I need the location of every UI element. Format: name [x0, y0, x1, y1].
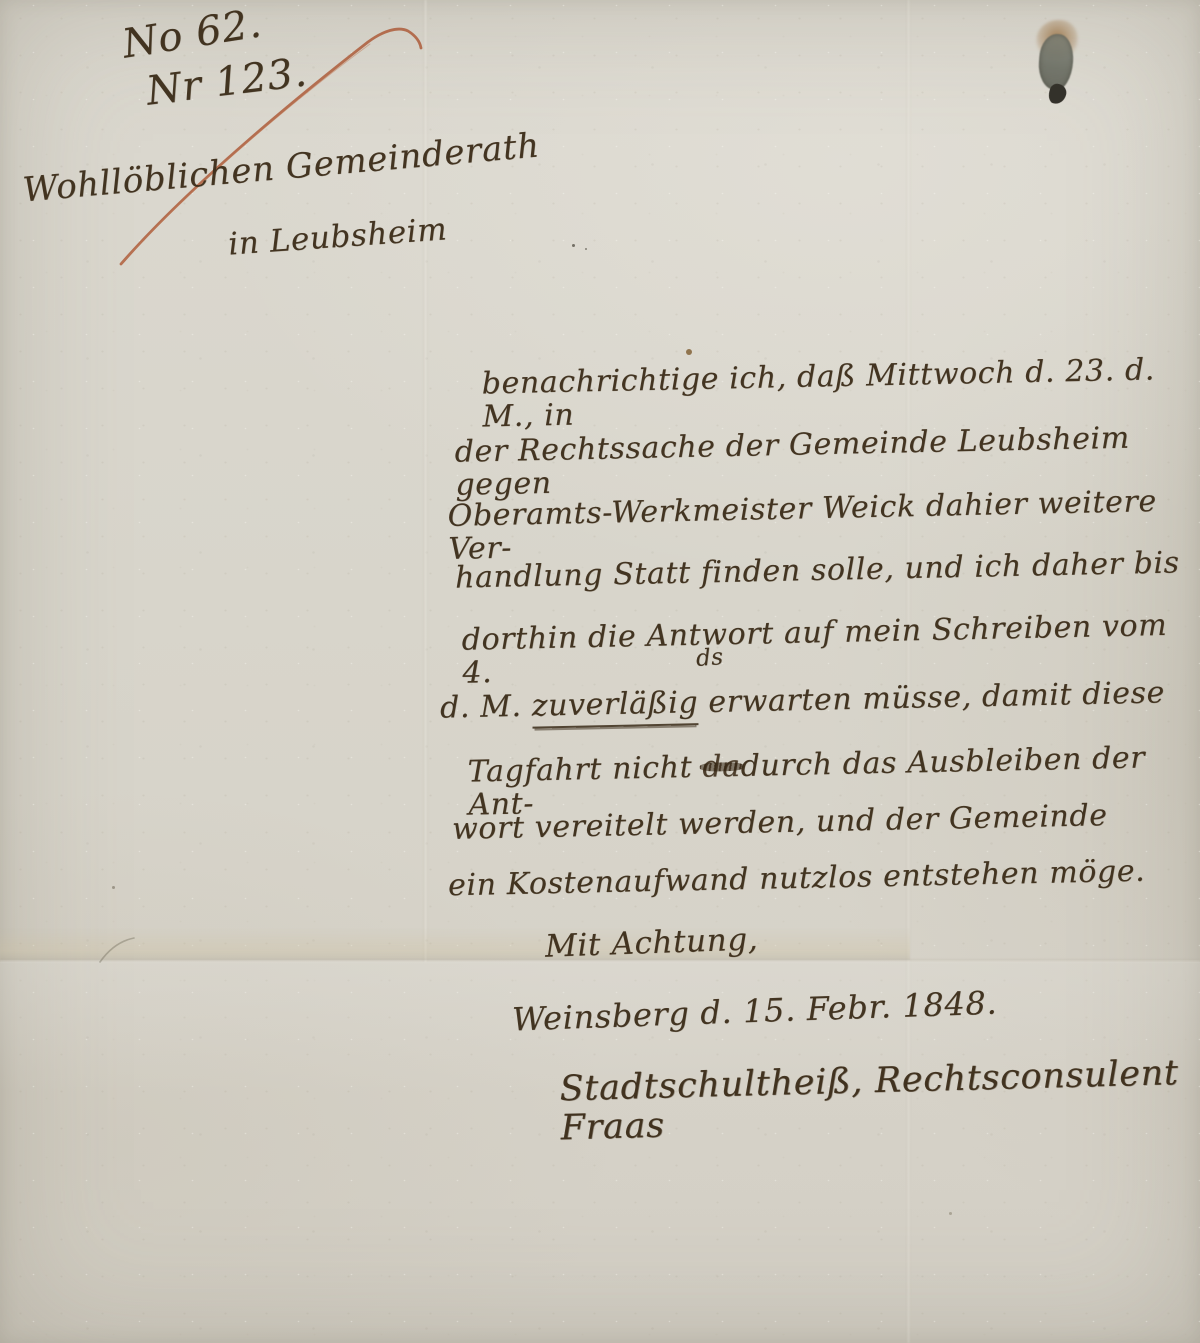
paper-speck — [112, 886, 115, 889]
place-date-line: Weinsberg d. 15. Febr. 1848. — [512, 986, 998, 1038]
faint-pencil-mark — [100, 938, 134, 962]
paper-speck — [572, 244, 575, 247]
body-line-6-prefix: d. M. — [440, 689, 532, 726]
ink-stain — [1030, 16, 1090, 116]
body-line-7-prefix: Tagfahrt nicht — [467, 750, 702, 790]
signature-line: Stadtschultheiß, Rechtsconsulent Fraas — [559, 1054, 1200, 1148]
address-recipient: Wohllöblichen Gemeinderath — [21, 127, 541, 209]
ink-stain-tail — [1047, 82, 1068, 106]
ink-stain-core — [1037, 33, 1075, 91]
paper-speck — [949, 1212, 952, 1215]
struck-out-correction: da — [702, 749, 741, 785]
letter-page: No 62. Nr 123. Wohllöblichen Gemeinderat… — [0, 0, 1200, 1343]
horizontal-fold-shading — [0, 928, 910, 960]
ink-stain-halo — [1036, 20, 1078, 60]
paper-speck — [585, 248, 587, 250]
closing-salutation: Mit Achtung, — [544, 922, 758, 964]
interlinear-insertion: ds — [695, 645, 724, 672]
address-place: in Leubsheim — [227, 212, 448, 261]
underlined-word-zuverlaessig: zuverläßig — [531, 685, 698, 728]
paper-speck — [686, 349, 692, 355]
body-line-9: ein Kostenaufwand nutzlos entstehen möge… — [448, 855, 1146, 903]
